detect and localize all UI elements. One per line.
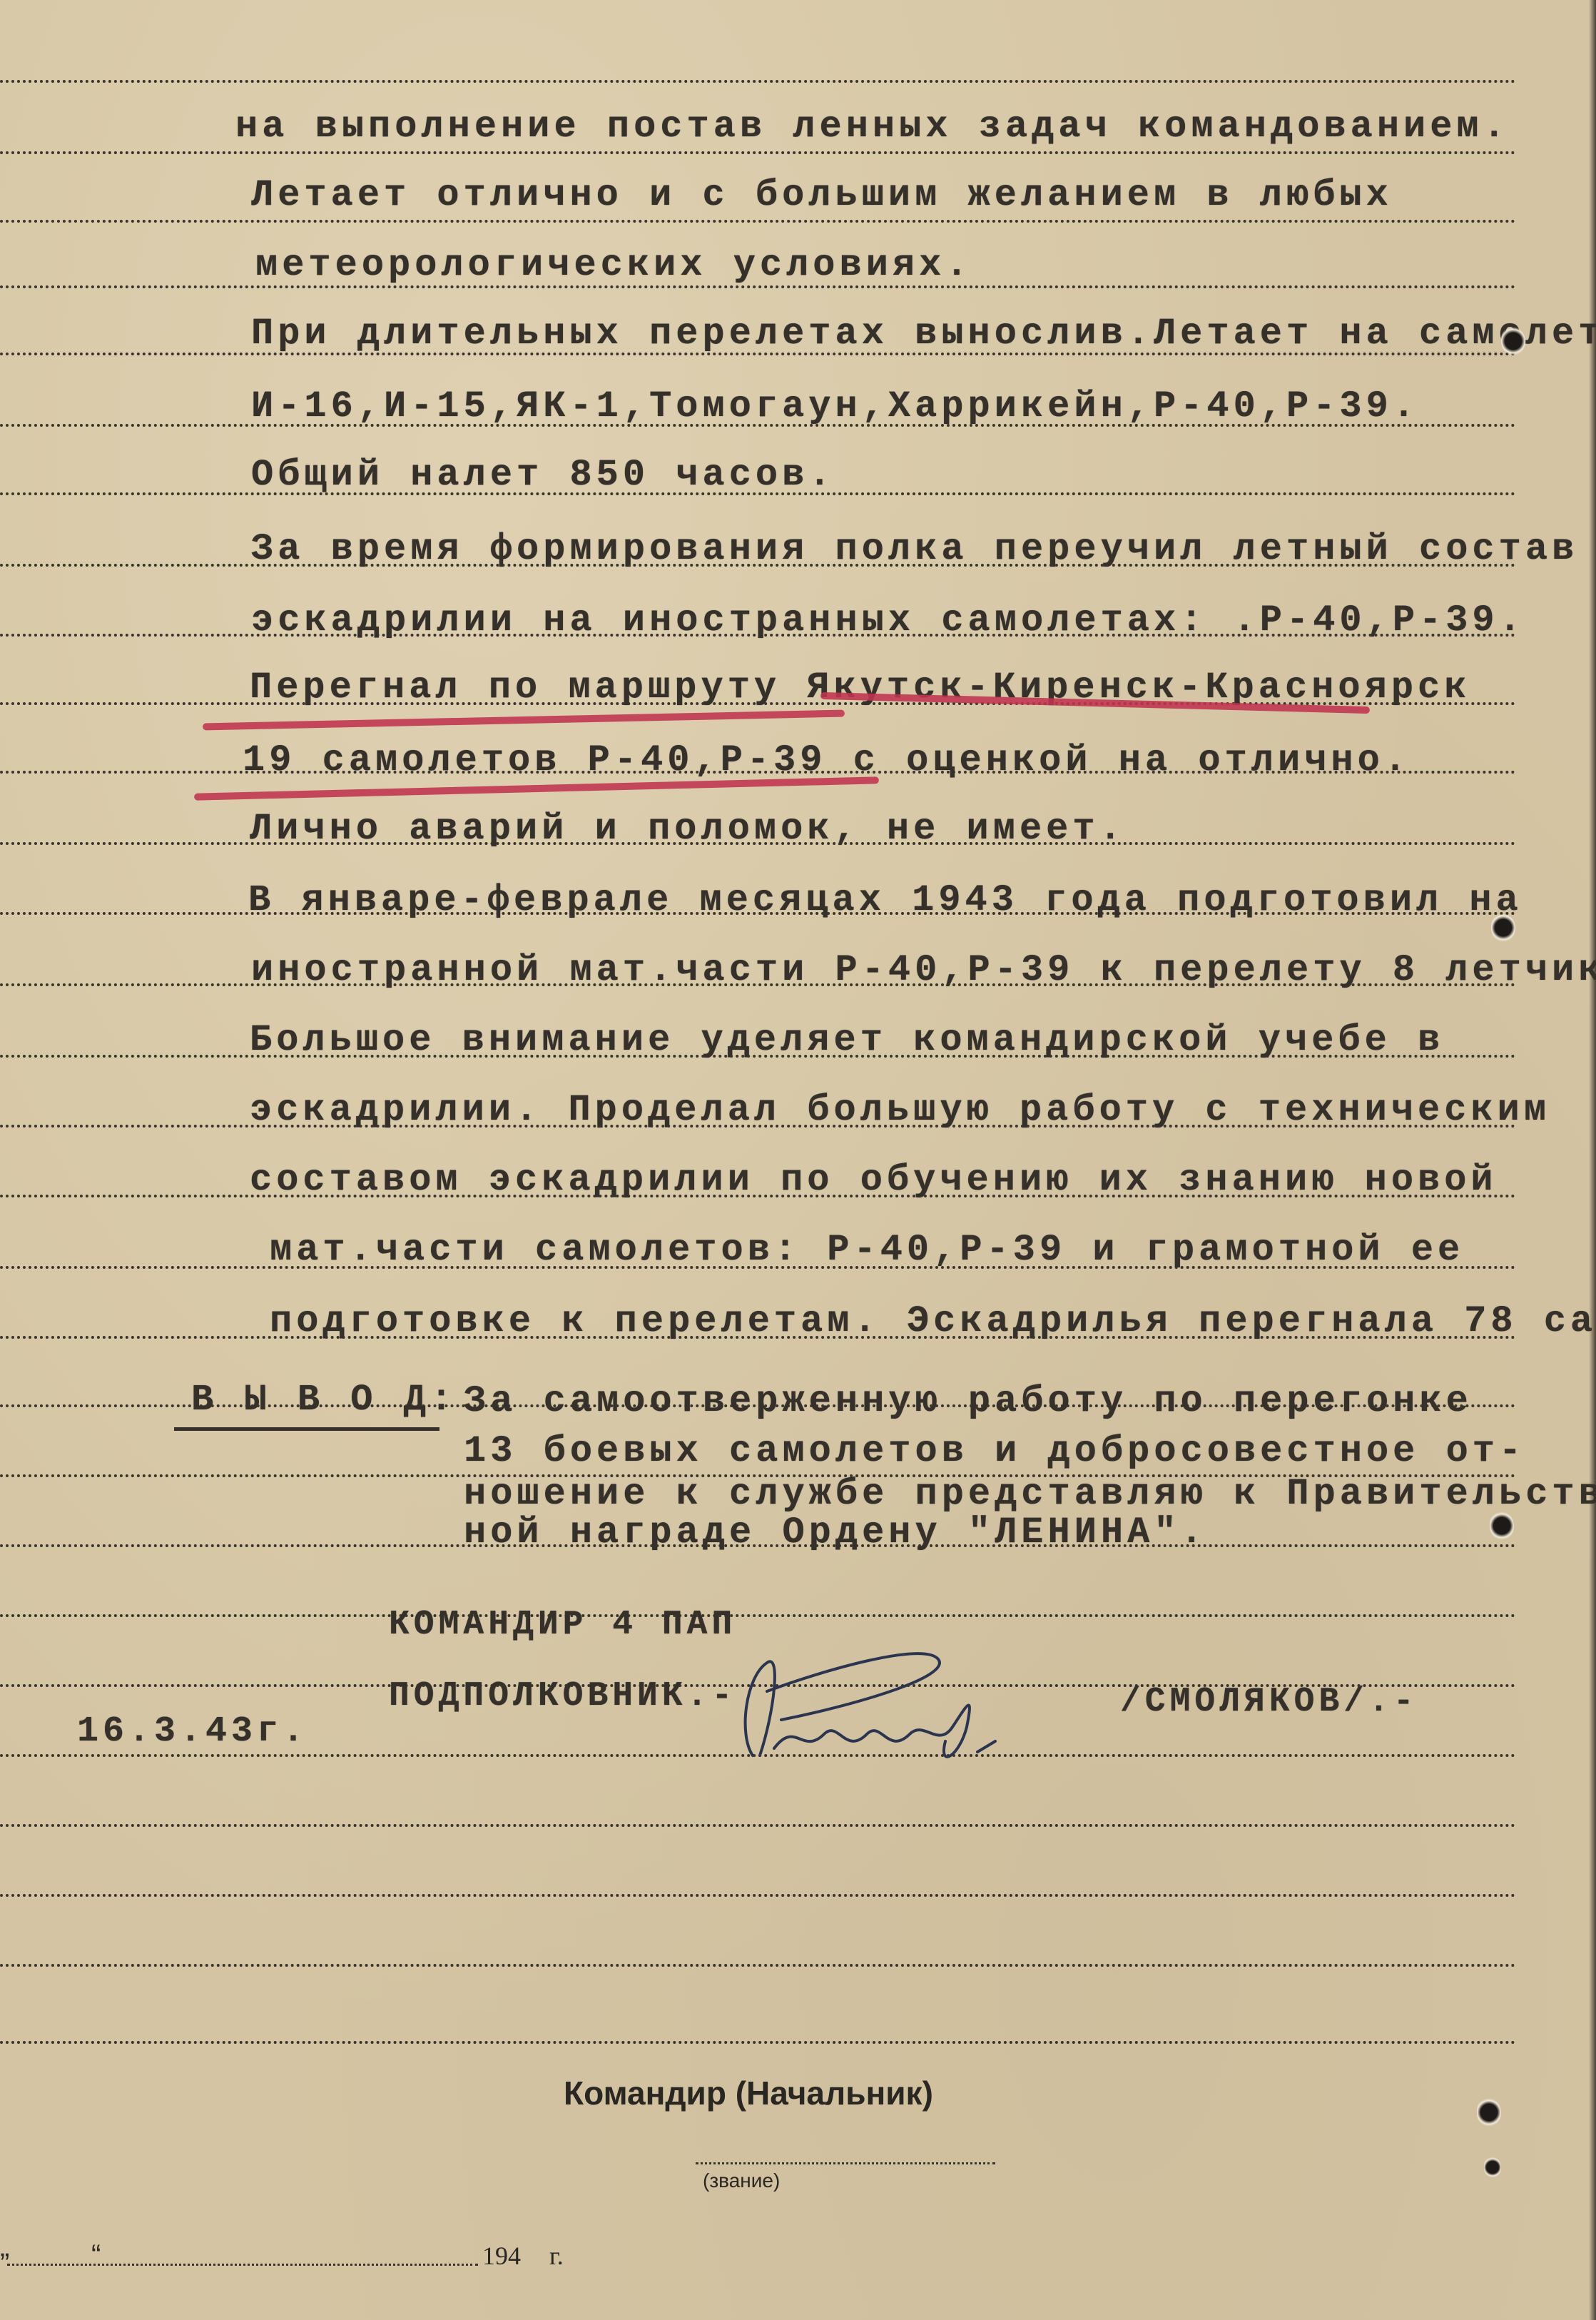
binding-hole: [1477, 2098, 1501, 2127]
commander-name: /СМОЛЯКОВ/.-: [1120, 1683, 1418, 1721]
form-rule: [0, 151, 1516, 154]
body-line: иностранной мат.части Р-40,Р-39 к переле…: [251, 949, 1596, 991]
body-line: метеорологических условиях.: [255, 244, 972, 286]
form-rule: [0, 1894, 1516, 1897]
conclusion-label: В Ы В О Д:: [191, 1379, 457, 1421]
body-line: Летает отлично и с большим желанием в лю…: [251, 174, 1393, 216]
rank-caption: (звание): [703, 2169, 780, 2192]
body-line: эскадрилии. Проделал большую работу с те…: [250, 1089, 1550, 1131]
body-line: Общий налет 850 часов.: [251, 454, 835, 496]
date-blank-line: [7, 2264, 478, 2266]
form-rule: [0, 1964, 1516, 1967]
body-line: Большое внимание уделяет командирской уч…: [250, 1019, 1444, 1061]
year-suffix: г.: [549, 2241, 564, 2271]
form-rule: [0, 80, 1516, 83]
year-prefix: 194: [482, 2241, 521, 2271]
body-line: И-16,И-15,ЯК-1,Томогаун,Харрикейн,Р-40,Р…: [251, 385, 1419, 427]
body-line: эскадрилии на иностранных самолетах: .Р-…: [251, 599, 1525, 642]
binding-hole: [1501, 327, 1525, 355]
body-line: подготовке к перелетам. Эскадрилья перег…: [270, 1300, 1596, 1342]
form-rule: [0, 220, 1516, 223]
conclusion-line: За самоотверженную работу по перегонке: [464, 1380, 1473, 1422]
binding-hole: [1490, 1511, 1514, 1540]
form-rule: [0, 1824, 1516, 1827]
commander-heading: Командир (Начальник): [564, 2074, 933, 2112]
form-rule: [0, 2041, 1516, 2044]
conclusion-line: ношение к службе представляю к Правитель…: [464, 1473, 1596, 1515]
conclusion-line: ной награде Ордену "ЛЕНИНА".: [464, 1511, 1207, 1554]
form-rule: [0, 1614, 1516, 1617]
body-line: За время формирования полка переучил лет…: [251, 528, 1578, 570]
date-quote-open: “: [91, 2239, 101, 2271]
binding-hole: [1484, 2157, 1501, 2178]
body-line: Лично аварий и поломок, не имеет.: [250, 808, 1126, 850]
body-line: на выполнение постав ленных задач команд…: [235, 106, 1510, 148]
body-line: 19 самолетов Р-40,Р-39 с оценкой на отли…: [243, 739, 1411, 781]
conclusion-line: 13 боевых самолетов и добросовестное от-: [464, 1430, 1525, 1472]
body-line: мат.части самолетов: Р-40,Р-39 и грамотн…: [270, 1229, 1464, 1271]
rank-underline: [696, 2162, 995, 2164]
body-line: Перегнал по маршруту Якутск-Киренск-Крас…: [250, 667, 1470, 709]
red-underline: [203, 710, 845, 731]
body-line: В январе-феврале месяцах 1943 года подго…: [248, 879, 1523, 921]
commander-title: КОМАНДИР 4 ПАП: [389, 1606, 736, 1644]
document-date: 16.3.43г.: [77, 1711, 308, 1752]
body-line: При длительных перелетах вынослив.Летает…: [251, 313, 1596, 355]
body-line: составом эскадрилии по обучению их знани…: [250, 1159, 1498, 1201]
binding-hole: [1491, 913, 1515, 942]
handwritten-signature: [724, 1648, 1109, 1770]
conclusion-label-underline: [174, 1427, 439, 1431]
commander-rank: ПОДПОЛКОВНИК.-: [389, 1677, 736, 1716]
